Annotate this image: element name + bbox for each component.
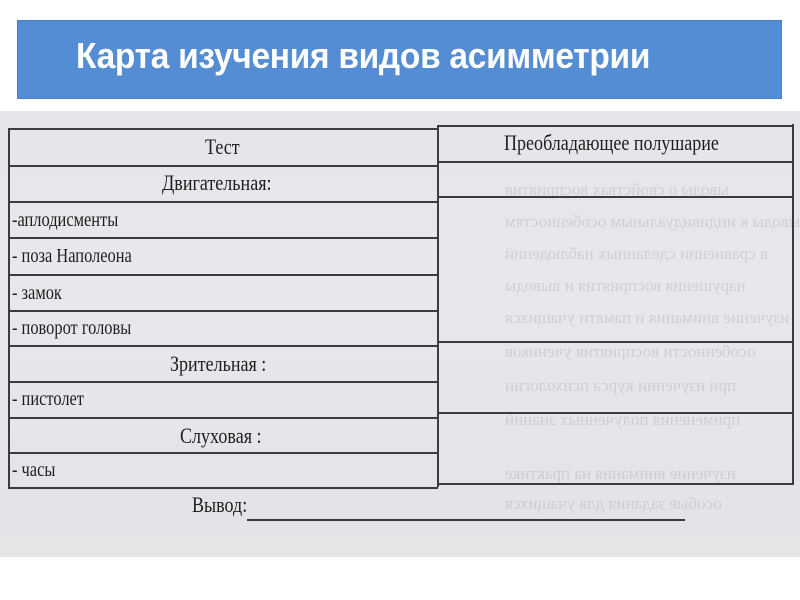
row-line [8, 201, 438, 203]
slide-title: Карта изучения видов асимметрии [76, 35, 650, 77]
answer-cell-motor[interactable] [439, 198, 791, 340]
row-line [8, 274, 438, 276]
row-line [8, 487, 438, 489]
conclusion-label: Вывод: [192, 492, 247, 518]
answer-cell-visual[interactable] [439, 343, 791, 411]
test-item-clock: - часы [12, 459, 55, 482]
row-line [437, 483, 794, 485]
table-border-left [8, 128, 10, 489]
test-item-pistol: - пистолет [12, 388, 84, 411]
header-test: Тест [205, 134, 240, 160]
table-border-right [792, 124, 794, 485]
test-item-napoleon-pose: - поза Наполеона [12, 245, 132, 268]
header-hemisphere: Преобладающее полушарие [504, 130, 719, 156]
test-item-lock: - замок [12, 282, 62, 305]
row-line [8, 128, 438, 130]
test-item-applause: -аплодисменты [12, 209, 118, 232]
conclusion-blank[interactable] [247, 519, 685, 521]
row-line [8, 381, 438, 383]
row-line [437, 161, 794, 163]
row-line [437, 125, 794, 127]
row-line [8, 452, 438, 454]
section-visual: Зрительная : [170, 351, 266, 377]
row-line [8, 345, 438, 347]
scan-edge [0, 535, 800, 557]
answer-cell-auditory[interactable] [439, 414, 791, 482]
row-line [8, 237, 438, 239]
section-motor: Двигательная: [162, 170, 272, 196]
test-item-head-turn: - поворот головы [12, 317, 131, 340]
row-line [8, 165, 438, 167]
title-banner: Карта изучения видов асимметрии [17, 20, 782, 99]
row-line [8, 310, 438, 312]
section-auditory: Слуховая : [180, 423, 262, 449]
row-line [8, 417, 438, 419]
